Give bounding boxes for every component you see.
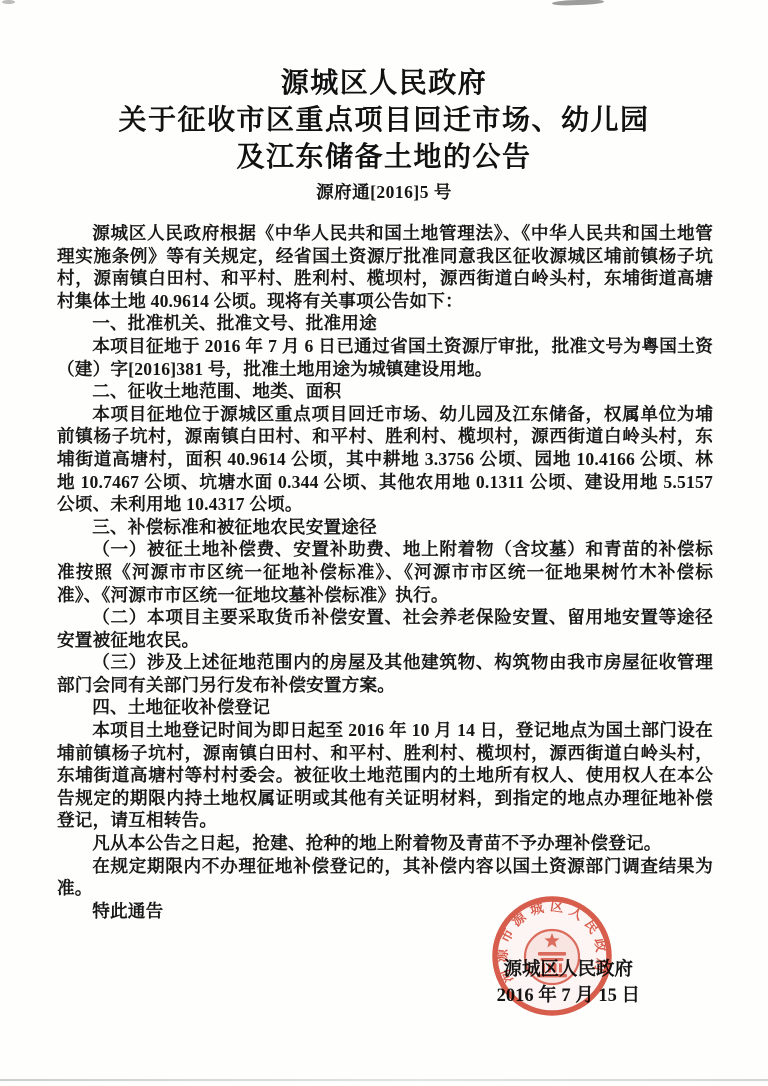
scan-artifact-top-left xyxy=(2,0,15,4)
scanned-announcement-page: 源城区人民政府 关于征收市区重点项目回迁市场、幼儿园 及江东储备土地的公告 源府… xyxy=(0,0,768,1086)
paragraph-approval: 本项目征地于 2016 年 7 月 6 日已通过省国土资源厅审批，批准文号为粤国… xyxy=(57,335,713,380)
signature-block: 源城区人民政府 2016 年 7 月 15 日 xyxy=(497,957,640,1009)
scan-edge-line xyxy=(0,1079,768,1081)
section-heading-2: 二、征收土地范围、地类、面积 xyxy=(57,380,713,403)
paragraph-comp-std: （一）被征土地补偿费、安置补助费、地上附着物（含坟墓）和青苗的补偿标准按照《河源… xyxy=(57,538,713,606)
scan-artifact-top-right xyxy=(552,0,604,6)
document-title: 源城区人民政府 关于征收市区重点项目回迁市场、幼儿园 及江东储备土地的公告 xyxy=(40,64,728,175)
document-body: 源城区人民政府根据《中华人民共和国土地管理法》、《中华人民共和国土地管理实施条例… xyxy=(57,222,713,922)
paragraph-register: 本项目土地登记时间为即日起至 2016 年 10 月 14 日，登记地点为国土部… xyxy=(57,719,713,832)
paragraph-resettle: （二）本项目主要采取货币补偿安置、社会养老保险安置、留用地安置等途径安置被征地农… xyxy=(57,606,713,651)
signature-issuer: 源城区人民政府 xyxy=(497,957,640,983)
paragraph-land-area: 本项目征地位于源城区重点项目回迁市场、幼儿园及江东储备，权属单位为埔前镇杨子坑村… xyxy=(57,403,713,516)
paragraph-no-rush: 凡从本公告之日起，抢建、抢种的地上附着物及青苗不予办理补偿登记。 xyxy=(57,832,713,855)
section-heading-1: 一、批准机关、批准文号、批准用途 xyxy=(57,312,713,335)
document-number: 源府通[2016]5 号 xyxy=(0,179,768,204)
title-line-subject-1: 关于征收市区重点项目回迁市场、幼儿园 xyxy=(40,101,728,138)
closing-statement: 特此通告 xyxy=(57,900,713,923)
paragraph-buildings: （三）涉及上述征地范围内的房屋及其他建筑物、构筑物由我市房屋征收管理部门会同有关… xyxy=(57,651,713,696)
section-heading-4: 四、土地征收补偿登记 xyxy=(57,696,713,719)
title-line-issuer: 源城区人民政府 xyxy=(40,64,728,101)
paragraph-deadline: 在规定期限内不办理征地补偿登记的，其补偿内容以国土资源部门调查结果为准。 xyxy=(57,855,713,900)
signature-date: 2016 年 7 月 15 日 xyxy=(497,983,640,1009)
title-line-subject-2: 及江东储备土地的公告 xyxy=(40,138,728,175)
paragraph-intro: 源城区人民政府根据《中华人民共和国土地管理法》、《中华人民共和国土地管理实施条例… xyxy=(57,222,713,312)
section-heading-3: 三、补偿标准和被征地农民安置途径 xyxy=(57,516,713,539)
emblem-star-icon xyxy=(544,933,559,948)
